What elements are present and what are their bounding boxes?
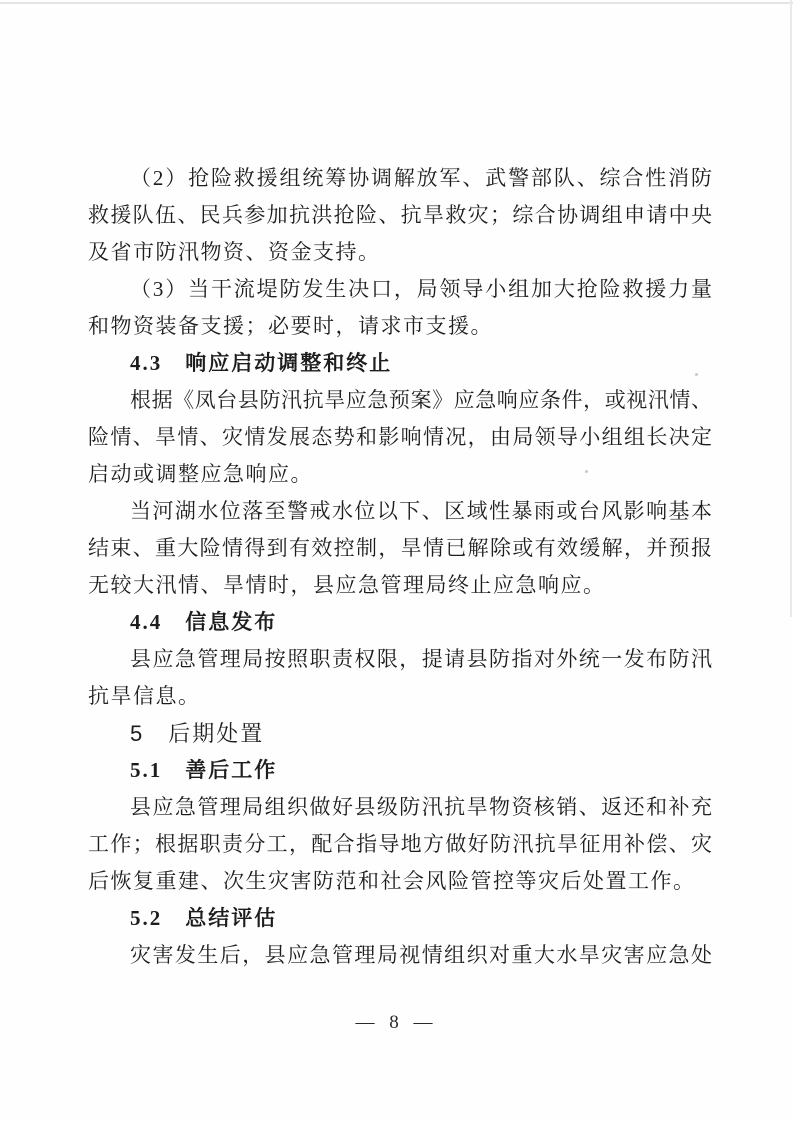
- body-line: 启动或调整应急响应。: [88, 456, 712, 493]
- body-line: 结束、重大险情得到有效控制，旱情已解除或有效缓解，并预报: [88, 530, 712, 567]
- section-heading-5-2: 5.2 总结评估: [88, 900, 712, 937]
- section-heading-4-3: 4.3 响应启动调整和终止: [88, 345, 712, 382]
- body-line: 和物资装备支援；必要时，请求市支援。: [88, 308, 712, 345]
- body-line: 县应急管理局组织做好县级防汛抗旱物资核销、返还和补充: [88, 789, 712, 826]
- body-line: 险情、旱情、灾情发展态势和影响情况，由局领导小组组长决定: [88, 419, 712, 456]
- body-line: 当河湖水位落至警戒水位以下、区域性暴雨或台风影响基本: [88, 493, 712, 530]
- body-line: 抗旱信息。: [88, 678, 712, 715]
- body-line: 救援队伍、民兵参加抗洪抢险、抗旱救灾；综合协调组申请中央: [88, 197, 712, 234]
- document-page: （2）抢险救援组统筹协调解放军、武警部队、综合性消防 救援队伍、民兵参加抗洪抢险…: [0, 0, 793, 1122]
- scan-edge-top: [0, 2, 793, 4]
- body-line: 根据《凤台县防汛抗旱应急预案》应急响应条件，或视汛情、: [88, 382, 712, 419]
- text-block: （2）抢险救援组统筹协调解放军、武警部队、综合性消防 救援队伍、民兵参加抗洪抢险…: [88, 160, 712, 974]
- body-line: 无较大汛情、旱情时，县应急管理局终止应急响应。: [88, 567, 712, 604]
- body-line: 工作；根据职责分工，配合指导地方做好防汛抗旱征用补偿、灾: [88, 826, 712, 863]
- section-heading-4-4: 4.4 信息发布: [88, 604, 712, 641]
- section-heading-5-1: 5.1 善后工作: [88, 752, 712, 789]
- body-line: 灾害发生后，县应急管理局视情组织对重大水旱灾害应急处: [88, 937, 712, 974]
- body-line: 及省市防汛物资、资金支持。: [88, 234, 712, 271]
- page-number: — 8 —: [0, 1012, 793, 1034]
- body-line: （2）抢险救援组统筹协调解放军、武警部队、综合性消防: [88, 160, 712, 197]
- section-heading-5: 5 后期处置: [88, 715, 712, 752]
- scan-edge-right: [790, 0, 792, 617]
- body-line: 县应急管理局按照职责权限，提请县防指对外统一发布防汛: [88, 641, 712, 678]
- body-line: 后恢复重建、次生灾害防范和社会风险管控等灾后处置工作。: [88, 863, 712, 900]
- body-line: （3）当干流堤防发生决口，局领导小组加大抢险救援力量: [88, 271, 712, 308]
